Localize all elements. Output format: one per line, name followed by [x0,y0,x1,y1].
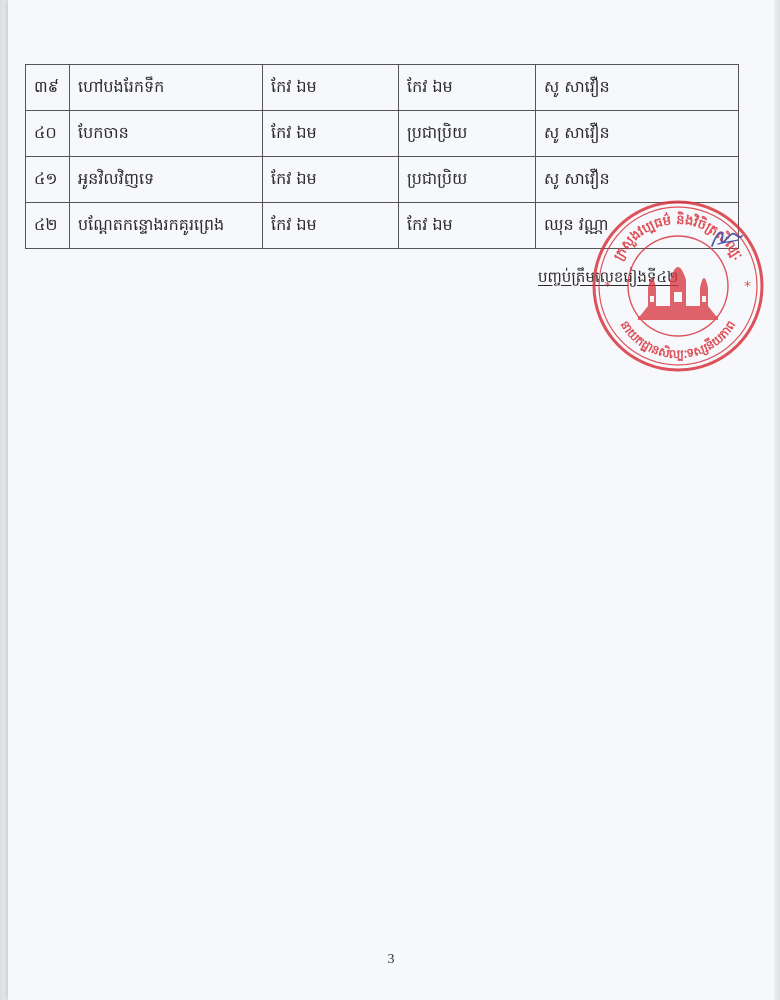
singer-cell: សូ សាវឿន [536,111,739,157]
lyricist-cell: កែវ ឯម [399,203,536,249]
end-note: បញ្ចប់ត្រឹមលេខរៀងទី៤២ [538,268,678,290]
row-number: ៤២ [26,203,70,249]
composer-cell: កែវ ឯម [263,203,399,249]
lyricist-cell: ប្រជាប្រិយ [399,157,536,203]
composer-cell: កែវ ឯម [263,157,399,203]
row-number: ៣៩ [26,65,70,111]
scan-edge-left [0,0,8,1000]
song-title: ហៅបងរែកទឹក [70,65,263,111]
composer-cell: កែវ ឯម [263,65,399,111]
composer-cell: កែវ ឯម [263,111,399,157]
table-row: ៤២បណ្ដែតកន្ទោងរកគូរព្រេងកែវ ឯមកែវ ឯមឈុន … [26,203,739,249]
lyricist-cell: កែវ ឯម [399,65,536,111]
table-row: ៤១អូនវិលវិញទេកែវ ឯមប្រជាប្រិយសូ សាវឿន [26,157,739,203]
row-number: ៤១ [26,157,70,203]
row-number: ៤០ [26,111,70,157]
singer-cell: សូ សាវឿន [536,157,739,203]
records-table: ៣៩ហៅបងរែកទឹកកែវ ឯមកែវ ឯមសូ សាវឿន៤០បែកចាន… [25,64,739,249]
document-page: ៣៩ហៅបងរែកទឹកកែវ ឯមកែវ ឯមសូ សាវឿន៤០បែកចាន… [8,0,774,1000]
page-number: 3 [8,952,774,968]
lyricist-cell: ប្រជាប្រិយ [399,111,536,157]
table-row: ៤០បែកចានកែវ ឯមប្រជាប្រិយសូ សាវឿន [26,111,739,157]
song-title: បណ្ដែតកន្ទោងរកគូរព្រេង [70,203,263,249]
svg-text:*: * [744,279,751,295]
signature-icon [708,226,744,252]
table-row: ៣៩ហៅបងរែកទឹកកែវ ឯមកែវ ឯមសូ សាវឿន [26,65,739,111]
singer-cell: សូ សាវឿន [536,65,739,111]
song-title: បែកចាន [70,111,263,157]
svg-text:នាយកដ្ឋានសិល្បៈទស្សនីយភាព: នាយកដ្ឋានសិល្បៈទស្សនីយភាព [618,318,739,362]
song-title: អូនវិលវិញទេ [70,157,263,203]
scan-edge-right [774,0,780,1000]
